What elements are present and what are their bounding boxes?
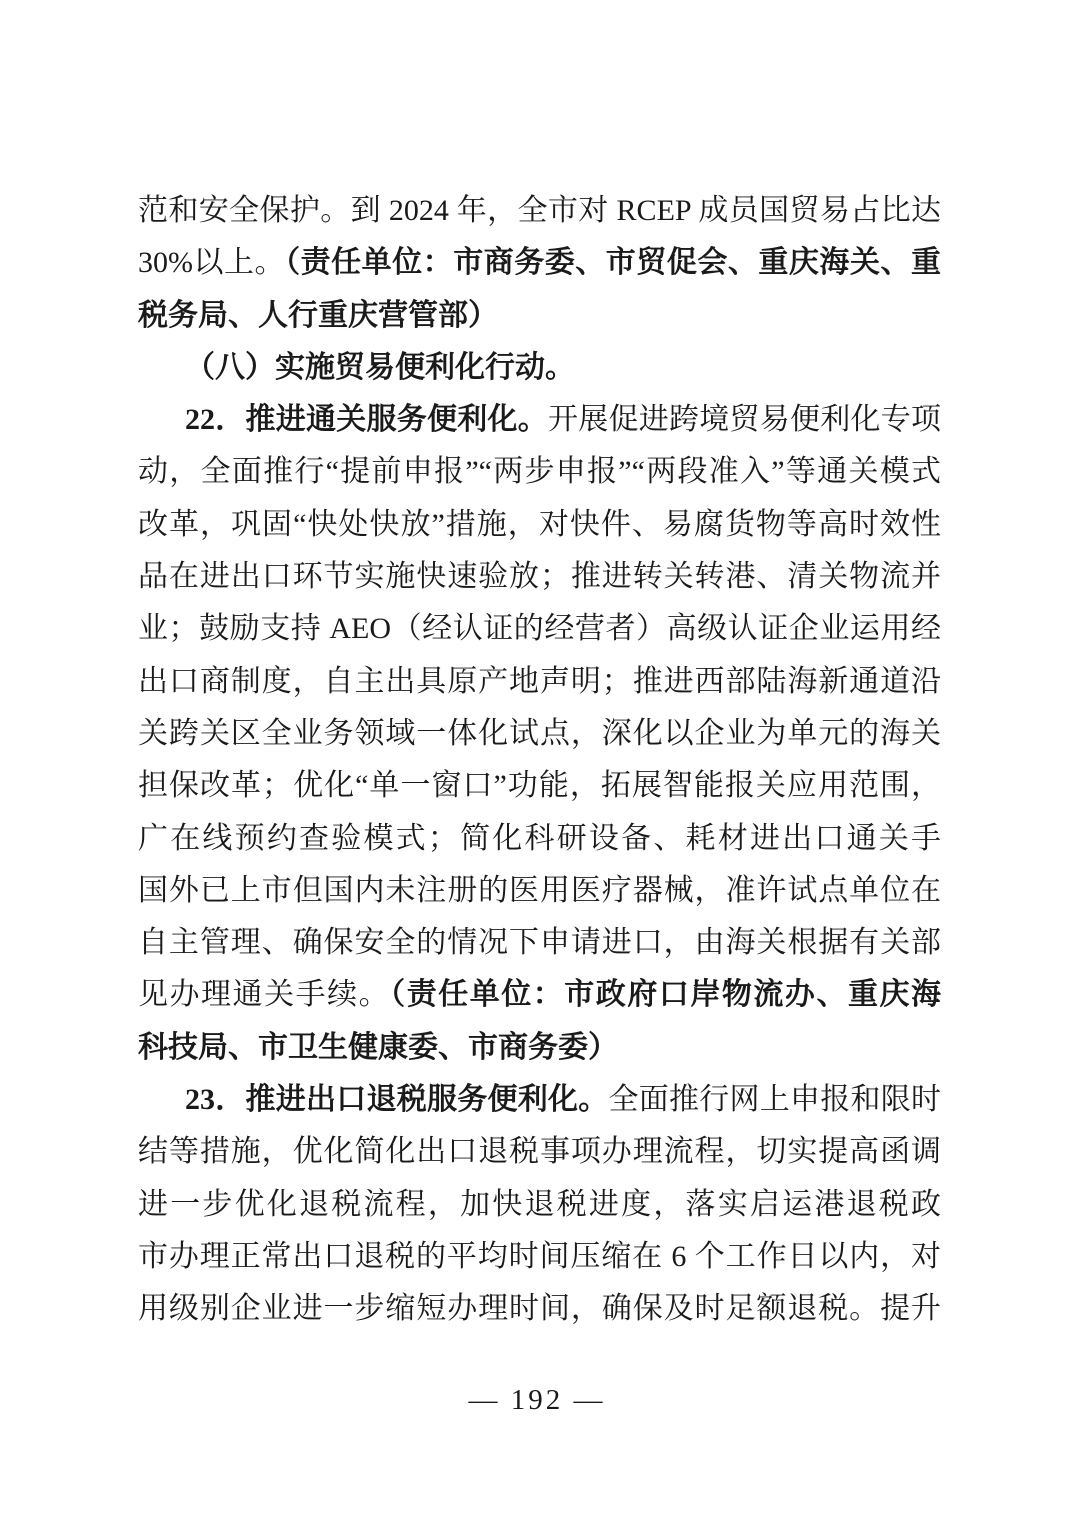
text-line: 范和安全保护。到 2024 年，全市对 RCEP 成员国贸易占比达到 <box>138 185 941 237</box>
text-line: 用级别企业进一步缩短办理时间，确保及时足额退税。提升出口 <box>138 1283 941 1335</box>
text-line: 担保改革；优化“单一窗口”功能，拓展智能报关应用范围，推 <box>138 760 941 812</box>
text-line: 结等措施，优化简化出口退税事项办理流程，切实提高函调质量， <box>138 1126 941 1178</box>
body-text: 动，全面推行“提前申报”“两步申报”“两段准入”等通关模式 <box>138 455 941 488</box>
body-text: 国外已上市但国内未注册的医用医疗器械，准许试点单位在强化 <box>138 874 941 917</box>
body-text: 30%以上。 <box>138 246 285 279</box>
text-line: 科技局、市卫生健康委、市商务委） <box>138 1022 941 1074</box>
body-text: 广在线预约查验模式；简化科研设备、耗材进出口通关手续，对 <box>138 822 941 865</box>
text-line: 见办理通关手续。（责任单位：市政府口岸物流办、重庆海关、市 <box>138 969 941 1021</box>
item-title: 22．推进通关服务便利化。 <box>185 403 548 436</box>
text-line: 23．推进出口退税服务便利化。全面推行网上申报和限时办 <box>138 1074 941 1126</box>
text-line: 广在线预约查验模式；简化科研设备、耗材进出口通关手续，对 <box>138 813 941 865</box>
body-text: 出口商制度，自主出具原产地声明；推进西部陆海新通道沿线海 <box>138 665 941 708</box>
text-line: 业；鼓励支持 AEO（经认证的经营者）高级认证企业运用经核准 <box>138 603 941 655</box>
page-number: — 192 — <box>0 1384 1074 1417</box>
body-text: 担保改革；优化“单一窗口”功能，拓展智能报关应用范围，推 <box>138 769 941 812</box>
body-text: 进一步优化退税流程，加快退税进度，落实启运港退税政策，全 <box>138 1188 941 1231</box>
text-line: 税务局、人行重庆营管部） <box>138 290 941 342</box>
text-line: 改革，巩固“快处快放”措施，对快件、易腐货物等高时效性商 <box>138 499 941 551</box>
text-line: 自主管理、确保安全的情况下申请进口，由海关根据有关部门意 <box>138 917 941 969</box>
body-text: 市办理正常出口退税的平均时间压缩在 6 个工作日以内，对高信 <box>138 1240 941 1283</box>
responsible-unit-text: 税务局、人行重庆营管部） <box>138 299 498 332</box>
item-title: 23．推进出口退税服务便利化。 <box>185 1083 609 1116</box>
body-text: 范和安全保护。到 2024 年，全市对 RCEP 成员国贸易占比达到 <box>138 194 941 237</box>
text-line: 市办理正常出口退税的平均时间压缩在 6 个工作日以内，对高信 <box>138 1231 941 1283</box>
body-text: 结等措施，优化简化出口退税事项办理流程，切实提高函调质量， <box>138 1135 941 1178</box>
section-heading-text: （八）实施贸易便利化行动。 <box>185 351 575 384</box>
body-text: 自主管理、确保安全的情况下申请进口，由海关根据有关部门意 <box>138 926 941 969</box>
text-line: 30%以上。（责任单位：市商务委、市贸促会、重庆海关、重庆市 <box>138 237 941 289</box>
body-text: 改革，巩固“快处快放”措施，对快件、易腐货物等高时效性商 <box>138 508 941 551</box>
text-line: 出口商制度，自主出具原产地声明；推进西部陆海新通道沿线海 <box>138 656 941 708</box>
body-text: 用级别企业进一步缩短办理时间，确保及时足额退税。提升出口 <box>138 1292 941 1335</box>
body-text: 关跨关区全业务领域一体化试点，深化以企业为单元的海关税款 <box>138 717 941 760</box>
text-line: 关跨关区全业务领域一体化试点，深化以企业为单元的海关税款 <box>138 708 941 760</box>
text-line: 动，全面推行“提前申报”“两步申报”“两段准入”等通关模式 <box>138 446 941 498</box>
section-heading: （八）实施贸易便利化行动。 <box>138 342 941 394</box>
body-text: 业；鼓励支持 AEO（经认证的经营者）高级认证企业运用经核准 <box>138 612 941 655</box>
text-line: 国外已上市但国内未注册的医用医疗器械，准许试点单位在强化 <box>138 865 941 917</box>
body-text: 见办理通关手续。 <box>138 978 390 1011</box>
text-line: 进一步优化退税流程，加快退税进度，落实启运港退税政策，全 <box>138 1179 941 1231</box>
body-text: 品在进出口环节实施快速验放；推进转关转港、清关物流并联作 <box>138 560 941 603</box>
document-text-block: 范和安全保护。到 2024 年，全市对 RCEP 成员国贸易占比达到 30%以上… <box>138 185 941 1336</box>
text-line: 品在进出口环节实施快速验放；推进转关转港、清关物流并联作 <box>138 551 941 603</box>
text-line: 22．推进通关服务便利化。开展促进跨境贸易便利化专项行 <box>138 394 941 446</box>
responsible-unit-text: 科技局、市卫生健康委、市商务委） <box>138 1031 618 1064</box>
